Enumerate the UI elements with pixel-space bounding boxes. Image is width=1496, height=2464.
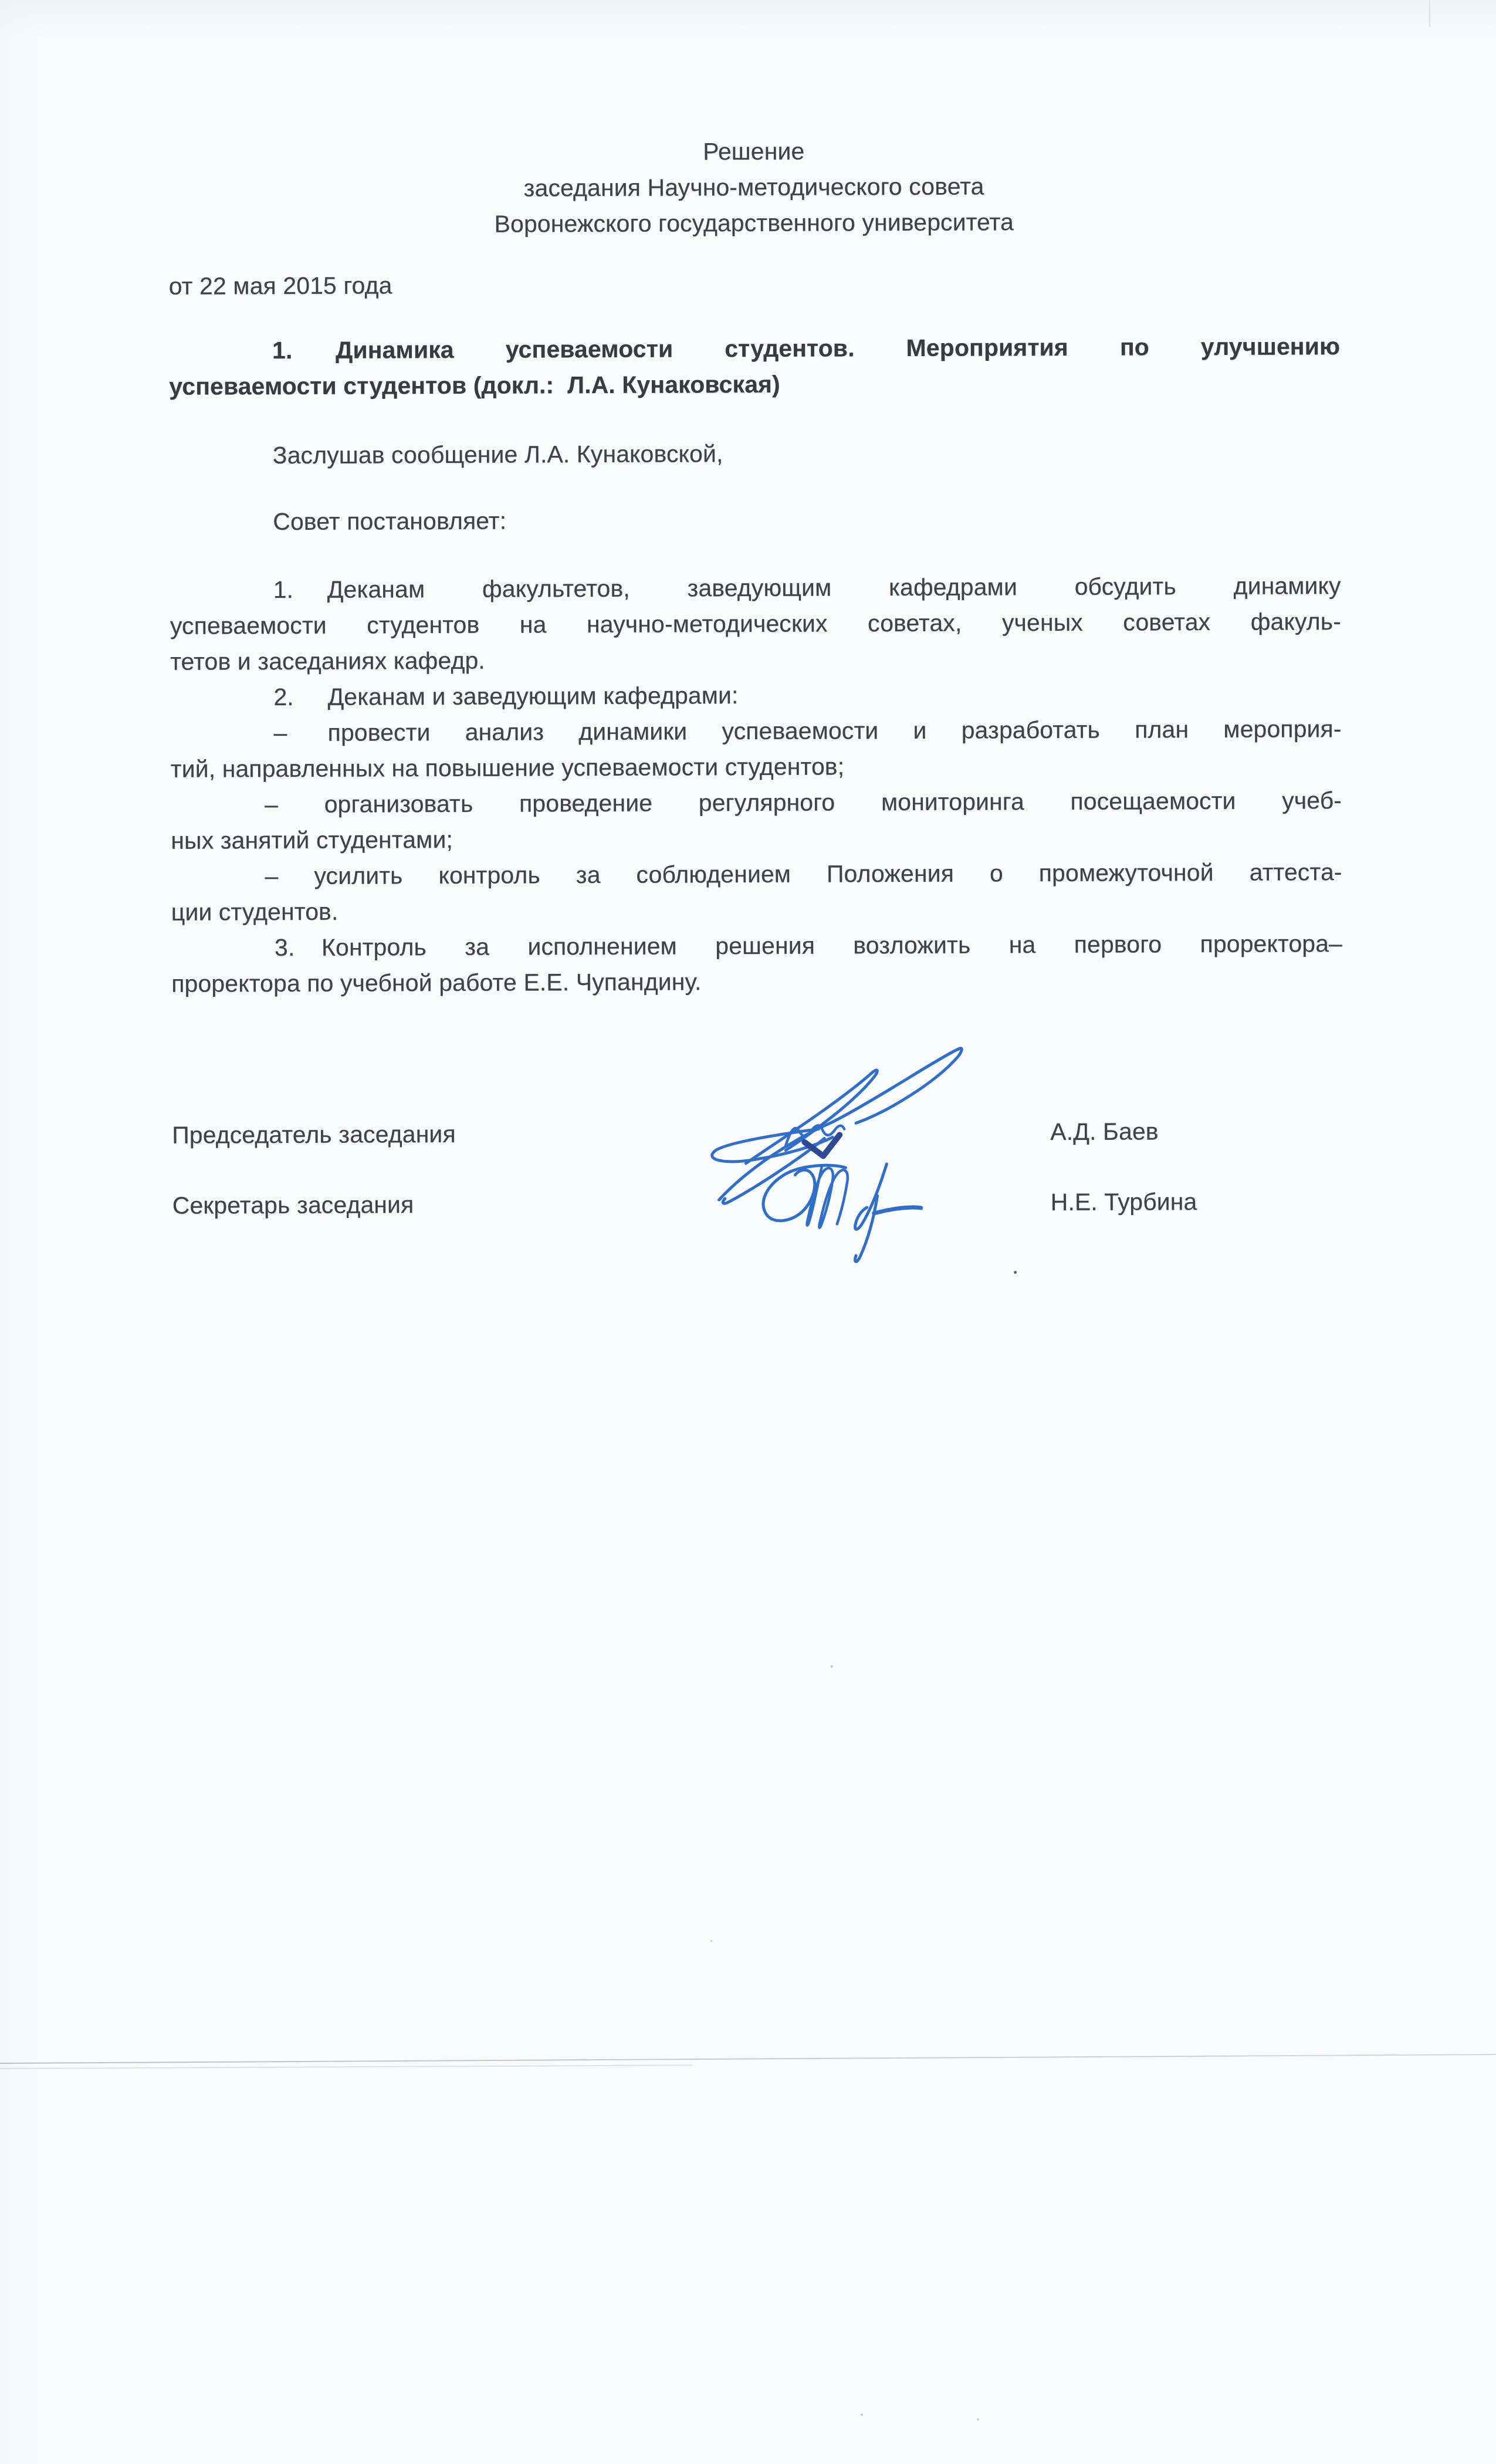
resolution-line: проректора по учебной работе Е.Е. Чупанд… <box>171 962 1342 1002</box>
signature-stroke <box>804 1135 840 1156</box>
signature-stroke <box>874 1207 921 1213</box>
resolves-line: Совет постановляет: <box>170 499 1444 540</box>
resolution-line: успеваемости студентов на научно-методич… <box>170 604 1341 644</box>
date-line: от 22 мая 2015 года <box>169 264 1340 304</box>
signature-role: Председатель заседания <box>172 1116 456 1153</box>
scan-speck <box>831 1665 833 1667</box>
item-number: 2. <box>273 679 327 715</box>
scan-speck <box>977 2418 979 2421</box>
resolution-line: 2.Деканам и заведующим кафедрами: <box>170 675 1341 716</box>
resolution-line: ции студентов. <box>171 890 1342 930</box>
handwritten-signatures-ink <box>670 1023 1094 1300</box>
item-number: 3. <box>275 930 321 966</box>
resolution-line: ных занятий студентами; <box>171 818 1342 859</box>
title-line-1: Решение <box>168 131 1339 172</box>
scanned-document-screenshot: { "colors": { "ink": "#2767c5", "ink_dar… <box>0 0 1496 2464</box>
resolution-line: тий, направленных на повышение успеваемо… <box>171 747 1342 787</box>
signature-role: Секретарь заседания <box>172 1187 414 1224</box>
heard-line: Заслушав сообщение Л.А. Кунаковской, <box>170 433 1444 473</box>
title-line-2: заседания Научно-методического совета <box>168 167 1339 208</box>
resolution-line: – усилить контроль за соблюдением Положе… <box>171 854 1342 895</box>
document-page: Решение заседания Научно-методического с… <box>0 0 1496 2464</box>
scanner-top-shadow <box>0 0 1496 42</box>
title-line-3: Воронежского государственного университе… <box>168 203 1339 243</box>
scan-speck <box>1014 1271 1017 1274</box>
resolution-line: 3.Контроль за исполнением решения возлож… <box>171 926 1342 966</box>
agenda-heading-line-1: 1.Динамика успеваемости студентов. Мероп… <box>169 329 1340 369</box>
resolution-block: 1.Деканам факультетов, заведующим кафедр… <box>170 568 1343 1002</box>
scan-speck <box>710 1940 712 1942</box>
resolution-line: –провести анализ динамики успеваемости и… <box>170 711 1341 752</box>
resolution-line: – организовать проведение регулярного мо… <box>171 783 1342 823</box>
item-number: 1. <box>273 572 327 608</box>
resolution-line: 1.Деканам факультетов, заведующим кафедр… <box>170 568 1341 608</box>
dash-marker: – <box>273 715 327 751</box>
scan-speck <box>861 2414 863 2416</box>
signature-stroke <box>719 1048 963 1200</box>
agenda-number: 1. <box>272 333 336 368</box>
agenda-heading-line-2: успеваемости студентов (докл.: Л.А. Куна… <box>169 364 1340 405</box>
document-title-block: Решение заседания Научно-методического с… <box>168 131 1340 243</box>
resolution-line: тетов и заседаниях кафедр. <box>170 639 1341 680</box>
agenda-heading: 1.Динамика успеваемости студентов. Мероп… <box>169 329 1340 405</box>
scanner-edge-line <box>1429 0 1430 27</box>
scanner-left-shadow <box>0 0 41 2464</box>
